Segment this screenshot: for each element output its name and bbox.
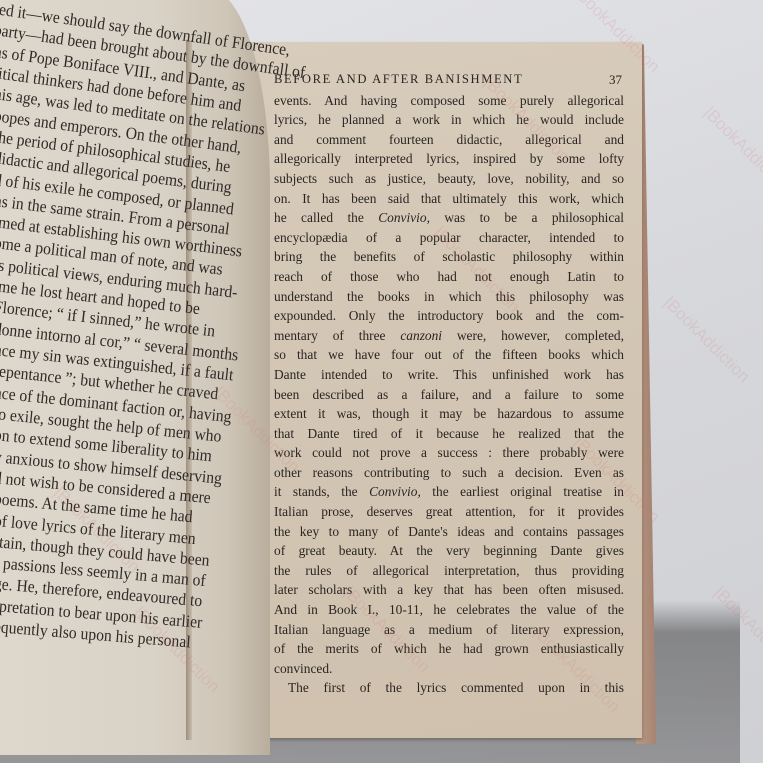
running-head-title: BEFORE AND AFTER BANISHMENT	[274, 70, 523, 90]
text-line: Italian prose, deserves great attention,…	[274, 502, 624, 522]
text-line: Italian language as a medium of literary…	[274, 620, 624, 640]
text-line: the key to many of Dante's ideas and con…	[274, 522, 624, 542]
right-page-body: events. And having composed some purely …	[274, 91, 624, 698]
text-line: other reasons contributing to such a dec…	[274, 463, 624, 483]
text-line: And in Book I., 10-11, he celebrates the…	[274, 600, 624, 620]
text-line: understand the books in which this philo…	[274, 287, 624, 307]
text-line: so that we have four out of the fifteen …	[274, 345, 624, 365]
text-line: the rules of allegorical interpretation,…	[274, 561, 624, 581]
text-line: subjects such as justice, beauty, love, …	[274, 169, 624, 189]
text-line: that Dante tired of it because he realiz…	[274, 424, 624, 444]
running-head: BEFORE AND AFTER BANISHMENT 37	[274, 70, 624, 90]
italic-title: Convivio,	[369, 484, 421, 499]
page-number: 37	[609, 70, 622, 90]
text-line: allegorically interpreted lyrics, inspir…	[274, 149, 624, 169]
left-page-text: red it—we should say the downfall of Flo…	[0, 0, 274, 639]
right-page-text: BEFORE AND AFTER BANISHMENT 37 events. A…	[274, 70, 624, 698]
text-line: it stands, the Convivio, the earliest or…	[274, 482, 624, 502]
text-line: lyrics, he planned a work in which he wo…	[274, 110, 624, 130]
text-line: later scholars with a key that has been …	[274, 580, 624, 600]
text-line: of the merits of which he had grown enth…	[274, 639, 624, 659]
text-line: work could not prove a success : there p…	[274, 443, 624, 463]
text-line: reach of those who had not enough Latin …	[274, 267, 624, 287]
text-line: The first of the lyrics commented upon i…	[274, 678, 624, 698]
text-line: of great beauty. At the very beginning D…	[274, 541, 624, 561]
left-page-body: red it—we should say the downfall of Flo…	[0, 0, 274, 639]
italic-title: Convivio,	[378, 210, 430, 225]
text-line: events. And having composed some purely …	[274, 91, 624, 111]
text-line: bring the benefits of scholastic philoso…	[274, 247, 624, 267]
italic-title: canzoni	[400, 328, 442, 343]
text-line: been described as a failure, and a failu…	[274, 385, 624, 405]
text-line: expounded. Only the introductory book an…	[274, 306, 624, 326]
text-line: Dante intended to write. This unfinished…	[274, 365, 624, 385]
text-line: mentary of three canzoni were, however, …	[274, 326, 624, 346]
text-line: encyclopædia of a popular character, int…	[274, 228, 624, 248]
text-line: convinced.	[274, 659, 624, 679]
text-line: and comment fourteen didactic, allegoric…	[274, 130, 624, 150]
text-line: extent it was, though it may be hazardou…	[274, 404, 624, 424]
text-line: he called the Convivio, was to be a phil…	[274, 208, 624, 228]
text-line: on. It has been said that ultimately thi…	[274, 189, 624, 209]
